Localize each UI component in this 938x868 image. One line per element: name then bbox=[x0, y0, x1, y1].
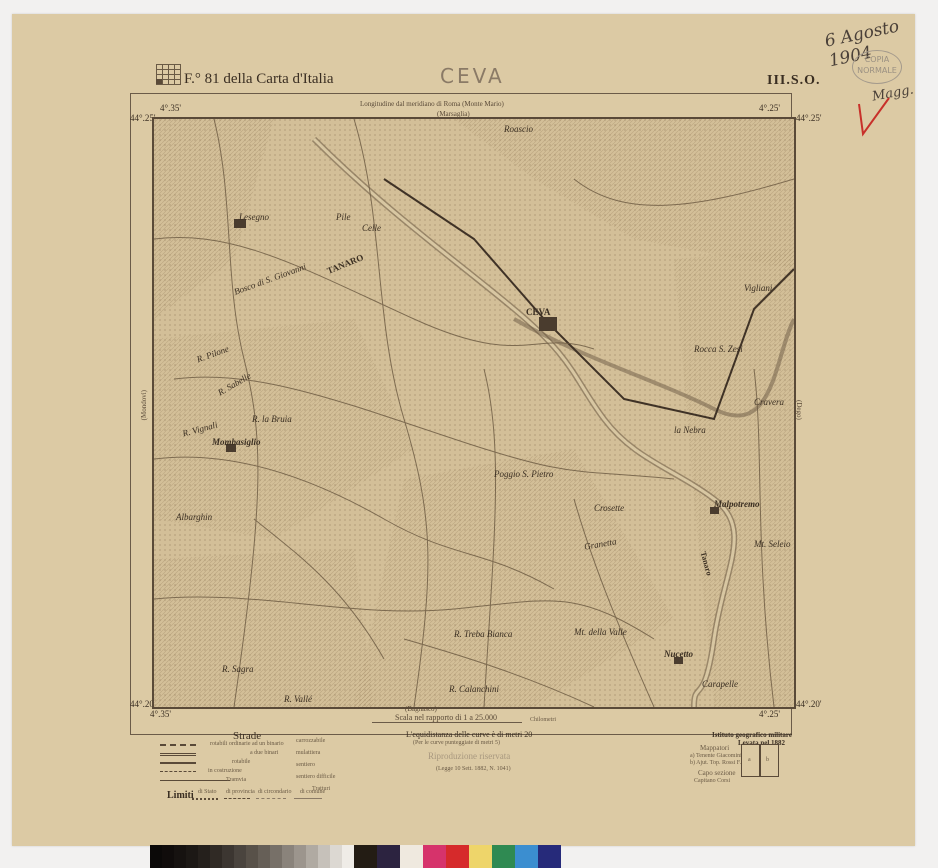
legend-road-label: sentiero bbox=[296, 762, 315, 768]
place-label: Poggio S. Pietro bbox=[494, 469, 553, 479]
coord-bottom-right-lat: 44°.20' bbox=[796, 699, 821, 709]
sheet-index-grid-icon bbox=[156, 64, 181, 85]
index-cell-b: b bbox=[759, 744, 779, 777]
legend-road-label: carrozzabile bbox=[296, 738, 325, 744]
legend-limit-label: di provincia bbox=[226, 789, 255, 795]
red-check-icon bbox=[855, 96, 895, 141]
legend-road-symbol bbox=[160, 771, 196, 772]
legend-road-label: sentiero difficile bbox=[296, 774, 335, 780]
legend-limit-symbol bbox=[294, 798, 322, 799]
legend-road-label: rotabili ordinarie ad un binario bbox=[210, 741, 284, 747]
legend-road-label: in costruzione bbox=[208, 768, 242, 774]
place-label: Carapelle bbox=[702, 679, 738, 689]
legend-limits-title: Limiti bbox=[167, 790, 194, 801]
place-label: R. Sagra bbox=[222, 664, 254, 674]
place-label: Malpotremo bbox=[714, 499, 760, 509]
place-label: CEVA bbox=[526, 307, 550, 317]
legend-road-symbol bbox=[160, 780, 230, 781]
place-label: R. Treba Bianca bbox=[454, 629, 512, 639]
legend-road-label: Tramvia bbox=[226, 777, 246, 783]
map-terrain bbox=[154, 119, 794, 707]
place-label: la Nebra bbox=[674, 425, 706, 435]
place-label: R. la Bruia bbox=[252, 414, 292, 424]
legend-limit-label: di Stato bbox=[198, 789, 217, 795]
sheet-label: F.° 81 della Carta d'Italia bbox=[184, 71, 334, 88]
place-label: Pile bbox=[336, 212, 351, 222]
legend-road-symbol bbox=[160, 744, 196, 746]
quadrant-label: III.S.O. bbox=[767, 73, 821, 89]
chief-name: Capitano Corsi bbox=[694, 778, 730, 784]
coord-bottom-right-lon: 4°.25' bbox=[759, 709, 780, 719]
scale-bar bbox=[372, 722, 522, 723]
legend-road-label: mulattiera bbox=[296, 750, 320, 756]
place-label: Mombasiglio bbox=[212, 437, 261, 447]
surveyors-title: Mappatori bbox=[700, 744, 729, 752]
institute-name: Istituto geografico militare bbox=[712, 731, 792, 739]
legend-road-symbol bbox=[160, 762, 196, 764]
longitude-caption: Longitudine dal meridiano di Roma (Monte… bbox=[360, 100, 504, 108]
stamp-line-2: NORMALE bbox=[853, 65, 901, 76]
bottom-neighbor-sheet: (Bagnasco) bbox=[405, 705, 437, 713]
stamp-line-1: COPIA bbox=[853, 54, 901, 65]
surveyor: a) Tenente Giacomini bbox=[690, 753, 742, 759]
color-calibration-strip bbox=[150, 845, 561, 868]
legend-limit-label: di comune bbox=[300, 789, 325, 795]
law-reference: (Legge 10 Sett. 1882, N. 1041) bbox=[436, 766, 511, 772]
coord-top-left-lon: 4°.35' bbox=[160, 103, 181, 113]
copy-stamp: COPIA NORMALE bbox=[852, 50, 902, 84]
place-label: Crosette bbox=[594, 503, 624, 513]
place-label: Mt. Seleio bbox=[754, 539, 791, 549]
coord-bottom-left-lon: 4°.35' bbox=[150, 709, 171, 719]
place-label: Vigliani bbox=[744, 283, 772, 293]
legend-limit-symbol bbox=[192, 798, 218, 800]
legend-limit-symbol bbox=[256, 798, 286, 799]
place-label: Celle bbox=[362, 223, 381, 233]
coord-top-right-lat: 44°.25' bbox=[796, 113, 821, 123]
place-label: R. Vallé bbox=[284, 694, 312, 704]
place-label: Lesegno bbox=[239, 212, 269, 222]
legend-limit-symbol bbox=[224, 798, 250, 799]
legend-road-label: rotabile bbox=[232, 759, 250, 765]
chief-title: Capo sezione bbox=[698, 769, 736, 777]
place-label: R. Calanchini bbox=[449, 684, 499, 694]
place-label: Rocca S. Zesi bbox=[694, 344, 743, 354]
contour-interval: L'equidistanza delle curve è di metri 20 bbox=[406, 730, 532, 739]
surveyor: b) Ajut. Top. Rossi F. bbox=[690, 760, 741, 766]
place-label: Roascio bbox=[504, 124, 533, 134]
contour-sub: (Per le curve punteggiate di metri 5) bbox=[413, 740, 500, 746]
place-label: Cravera bbox=[754, 397, 784, 407]
right-neighbor-sheet: (Dego) bbox=[795, 400, 803, 420]
scale-caption: Scala nel rapporto di 1 a 25.000 bbox=[395, 713, 497, 722]
place-label: Mt. della Valle bbox=[574, 627, 627, 637]
legend-road-symbol bbox=[160, 753, 196, 756]
place-label: Nucetto bbox=[664, 649, 693, 659]
legend-road-label: a due binari bbox=[250, 750, 278, 756]
map-title: CEVA bbox=[440, 64, 505, 88]
legend-limit-label: di circondario bbox=[258, 789, 292, 795]
topographic-map[interactable]: CEVA TANARO Lesegno Roascio Mombasiglio … bbox=[152, 117, 796, 709]
reproduction-notice: Riproduzione riservata bbox=[428, 751, 510, 761]
left-neighbor-sheet: (Mondovì) bbox=[140, 390, 148, 420]
scale-unit: Chilometri bbox=[530, 717, 556, 723]
coord-top-right-lon: 4°.25' bbox=[759, 103, 780, 113]
index-cell-a: a bbox=[741, 744, 761, 777]
place-label: Albarghin bbox=[176, 512, 212, 522]
